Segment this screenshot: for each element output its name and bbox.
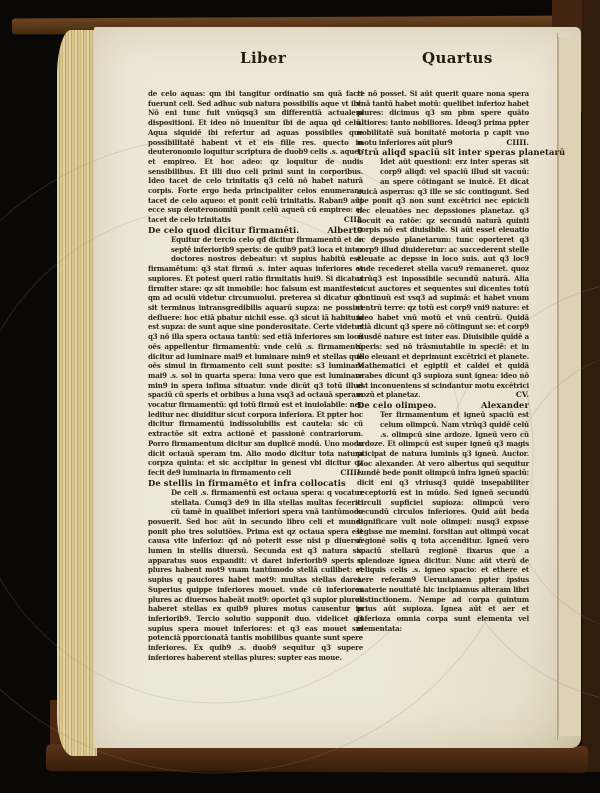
text-column-right: re nō posset. Si aūt querit quare nona s… xyxy=(357,89,529,633)
book-page: Liber Quartus de celo aquas: qm ibi tang… xyxy=(94,27,581,748)
chapter-title: De celo quod dicitur firmamēti. xyxy=(148,225,299,235)
chapter-author: Alexander xyxy=(481,400,529,410)
body-text-block: Equitur de tercio celo qđ dicitur firmam… xyxy=(148,235,363,478)
initial-letter-space xyxy=(148,235,171,264)
text-column-left: de celo aquas: qm ibi tangitur ordinatio… xyxy=(148,89,363,663)
chapter-title: De celo olimpeo. xyxy=(357,400,437,410)
photo-background: Liber Quartus de celo aquas: qm ibi tang… xyxy=(0,0,600,793)
facing-page-fore-edge xyxy=(558,37,581,736)
chapter-title: De stellis in firmamēto et infra colloca… xyxy=(148,478,346,488)
chapter-heading: Utrū aliqđ spaciū sit inter speras plane… xyxy=(357,147,529,157)
chapter-heading: De celo olimpeo.Alexander xyxy=(357,400,529,410)
book-cover-bottom-edge xyxy=(46,744,588,773)
initial-letter-space xyxy=(148,488,171,517)
initial-letter-space xyxy=(357,410,380,439)
chapter-title: Utrū aliqđ spaciū sit inter speras plane… xyxy=(357,147,565,157)
chapter-heading: De celo quod dicitur firmamēti.Albert9 xyxy=(148,225,363,235)
chapter-heading: De stellis in firmamēto et infra colloca… xyxy=(148,478,363,488)
book-cover-right-edge xyxy=(582,0,600,772)
initial-letter-space xyxy=(357,157,380,186)
running-header-quartus: Quartus xyxy=(422,49,493,67)
page-fold-line xyxy=(557,33,558,740)
running-header-liber: Liber xyxy=(240,49,286,67)
page-edge-stack xyxy=(57,30,97,756)
body-text-block: Ter firmamentum et igneū spaciū est celu… xyxy=(357,410,529,633)
body-text-block: de celo aquas: qm ibi tangitur ordinatio… xyxy=(148,89,363,225)
body-text-block: De celi .s. firmamentū est octaua spera:… xyxy=(148,488,363,663)
body-text-block: Idet aūt questioni: erz inter speras sit… xyxy=(357,157,529,400)
